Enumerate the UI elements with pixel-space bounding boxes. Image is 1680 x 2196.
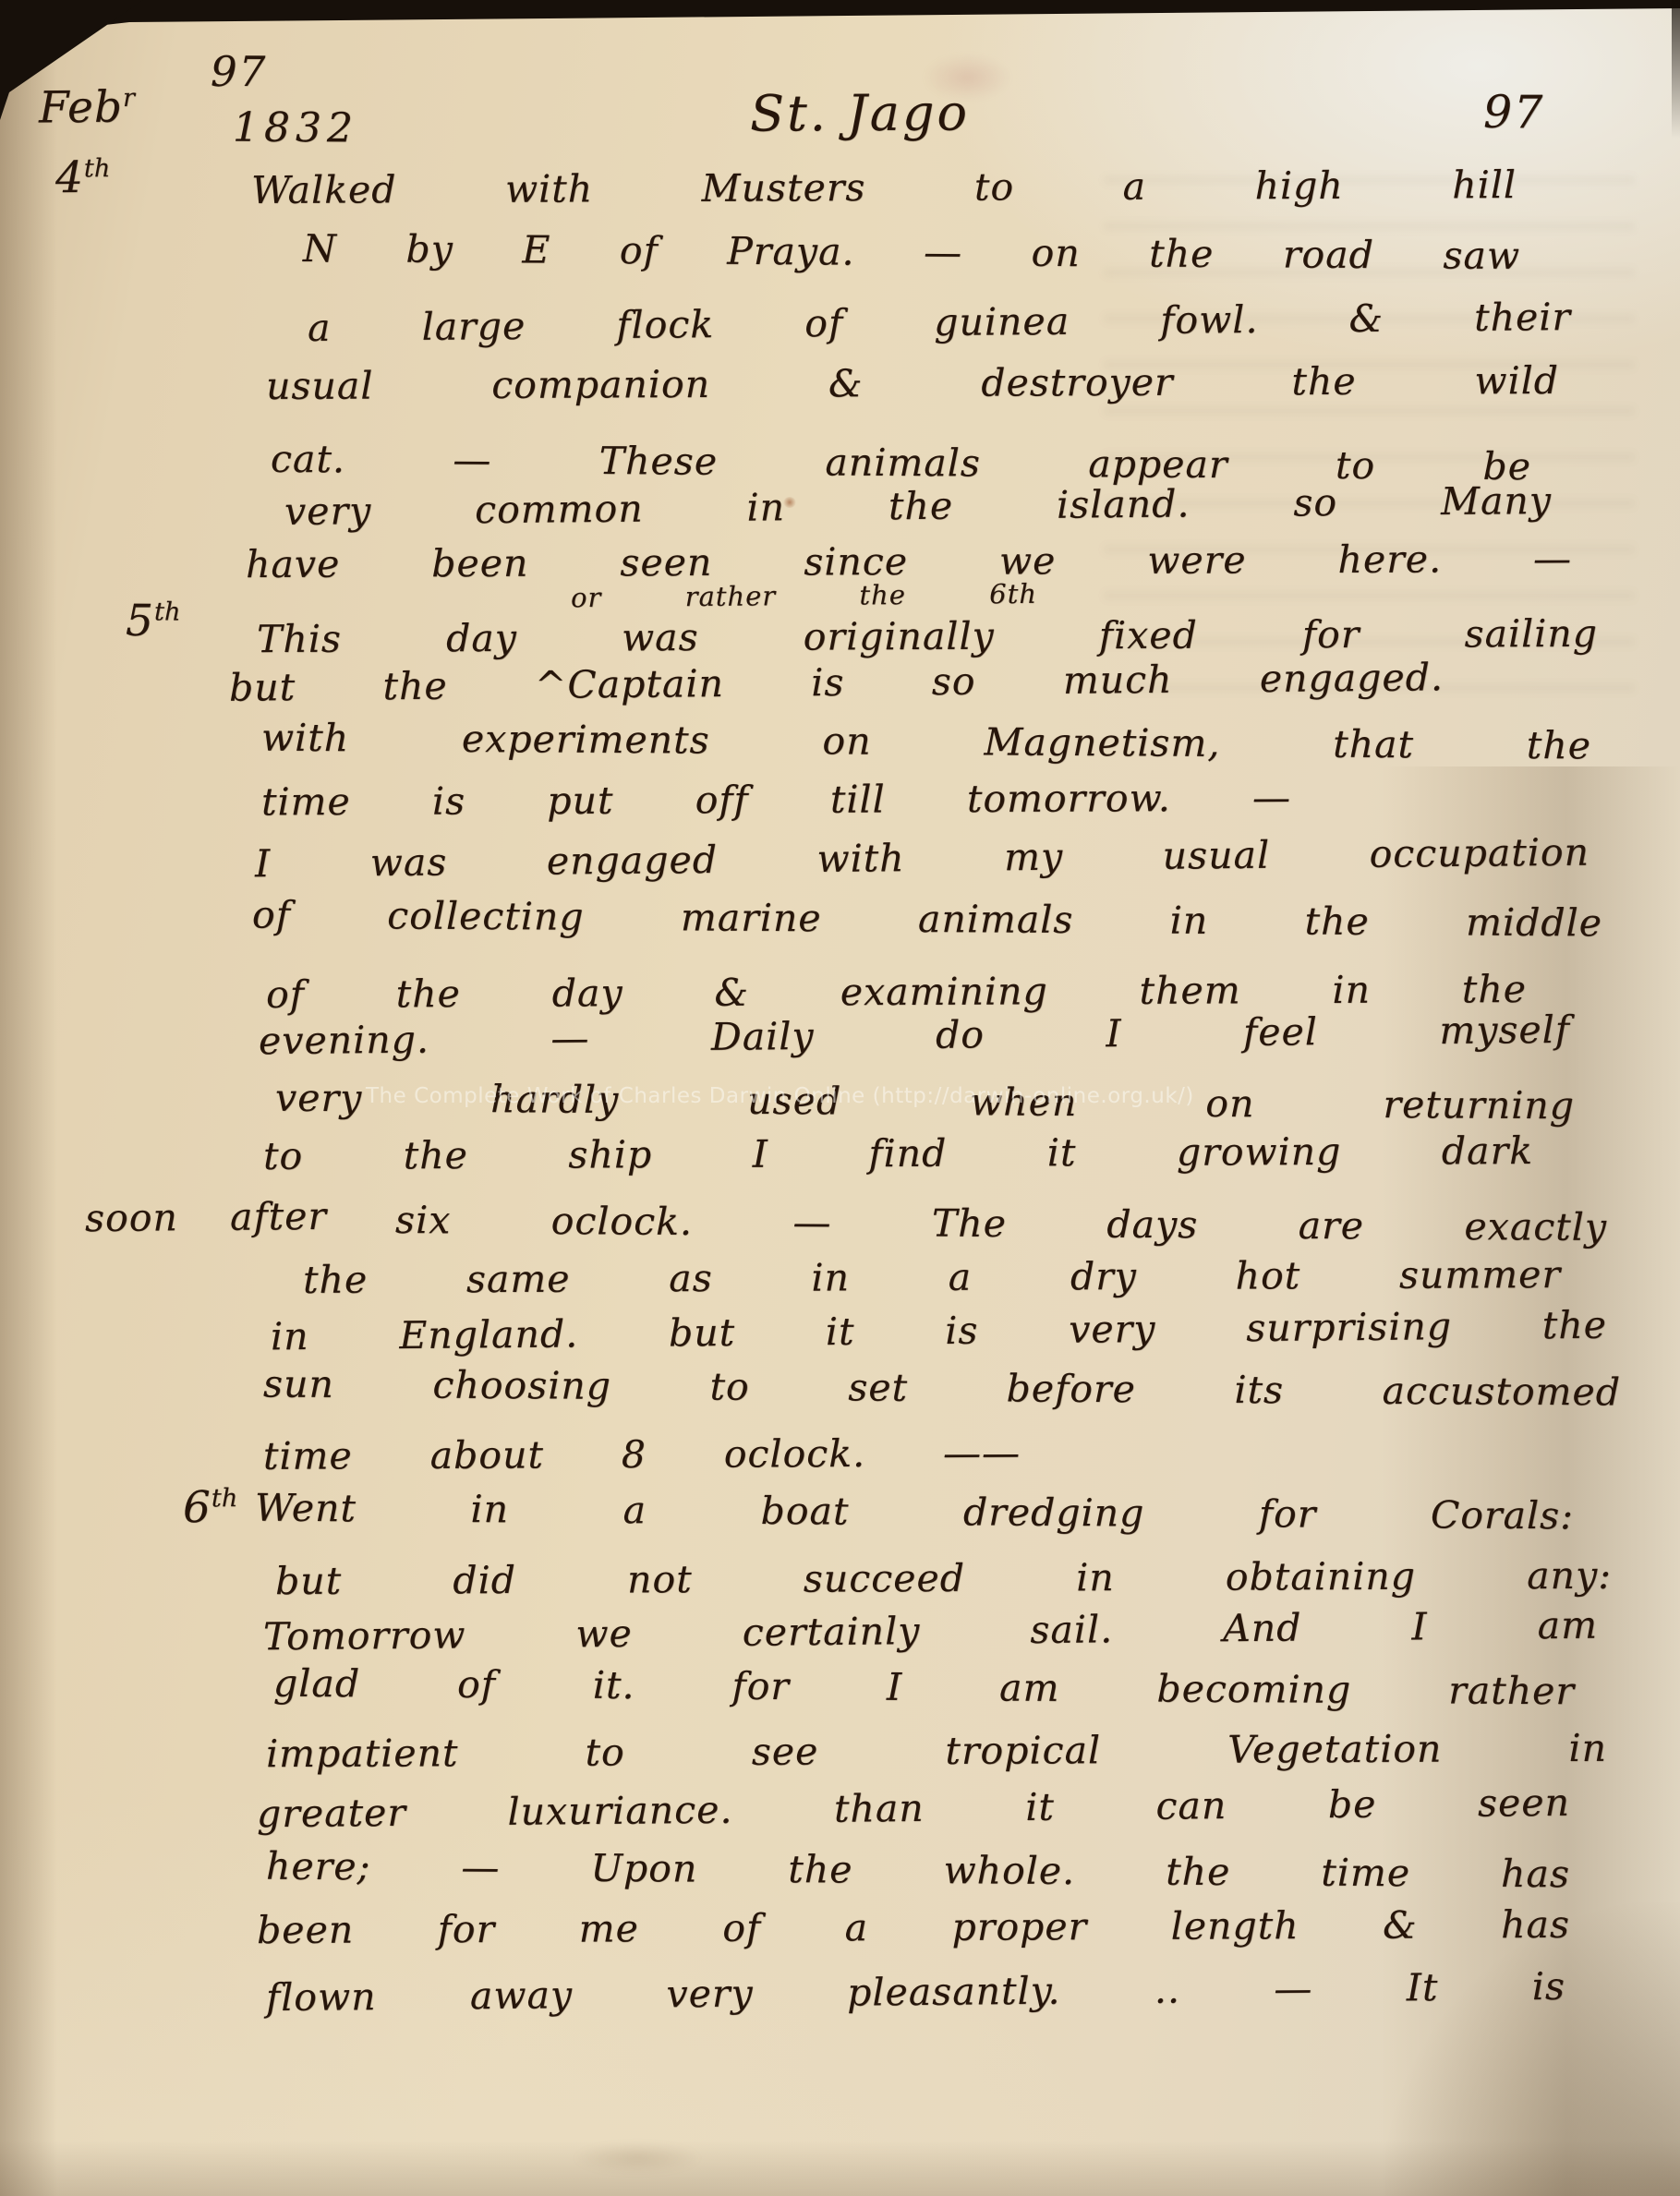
- manuscript-line: greater luxuriance. than it can be seen: [257, 1783, 1570, 1835]
- manuscript-line: Went in a boat dredging for Corals:: [255, 1489, 1574, 1537]
- manuscript-line: time is put off till tomorrow. —: [261, 778, 1291, 823]
- day-suffix: th: [212, 1484, 238, 1513]
- day-number: 6: [183, 1482, 212, 1533]
- year-label: 1832: [233, 107, 358, 151]
- photo-edge-left: [0, 0, 57, 2196]
- manuscript-line: the same as in a dry hot summer: [303, 1255, 1561, 1300]
- manuscript-line: time about 8 oclock. ——: [263, 1433, 1021, 1477]
- day-suffix: th: [84, 154, 111, 183]
- month-superscript: r: [123, 84, 135, 113]
- manuscript-line: been for me of a proper length & has: [257, 1905, 1570, 1951]
- photo-edge-top: [0, 0, 1680, 39]
- manuscript-line: This day was originally fixed for sailin…: [257, 614, 1598, 660]
- manuscript-line: but the ^Captain is so much engaged.: [229, 658, 1444, 708]
- manuscript-line: evening. — Daily do I feel myself: [259, 1010, 1570, 1062]
- manuscript-line: Walked with Musters to a high hill: [251, 165, 1517, 211]
- manuscript-line: usual companion & destroyer the wild: [266, 361, 1559, 407]
- margin-note: soon after: [85, 1197, 327, 1239]
- manuscript-line: here; — Upon the whole. the time has: [266, 1847, 1570, 1895]
- manuscript-line: to the ship I find it growing dark: [263, 1131, 1533, 1176]
- interline-insertion: or rather the 6th: [571, 580, 1037, 612]
- manuscript-line: of collecting marine animals in the midd…: [252, 896, 1602, 944]
- manuscript-line: sun choosing to set before its accustome…: [263, 1365, 1621, 1413]
- folio-number: 97: [211, 50, 268, 94]
- date-label: Febr: [39, 85, 135, 132]
- photo-edge-bottom: [0, 2141, 1680, 2196]
- diary-page: Febr 97 1832 St. Jago 97 4th Walked with…: [0, 0, 1680, 2196]
- website-watermark: The Complete Work of Charles Darwin Onli…: [366, 1084, 1194, 1108]
- day-label-4th: 4th: [55, 155, 111, 201]
- manuscript-line: with experiments on Magnetism, that the: [261, 718, 1591, 766]
- manuscript-line: flown away very pleasantly. .. — It is: [266, 1967, 1565, 2019]
- manuscript-line: N by E of Praya. — on the road saw: [303, 229, 1520, 277]
- photo-edge-top-right: [1672, 0, 1680, 139]
- day-label-6th: 6th: [183, 1485, 238, 1531]
- place-heading: St. Jago: [750, 86, 970, 139]
- day-label-5th: 5th: [126, 598, 181, 645]
- day-number: 5: [126, 596, 154, 646]
- page-number: 97: [1483, 89, 1544, 137]
- day-suffix: th: [154, 597, 181, 626]
- manuscript-line: but did not succeed in obtaining any:: [275, 1556, 1612, 1602]
- month-abbrev: Feb: [39, 82, 123, 134]
- paper-smudge-stain: [573, 2142, 702, 2174]
- manuscript-line: impatient to see tropical Vegetation in: [266, 1729, 1607, 1775]
- manuscript-line: glad of it. for I am becoming rather: [273, 1664, 1575, 1712]
- day-number: 4: [55, 152, 84, 203]
- manuscript-line: six oclock. — The days are exactly: [395, 1201, 1607, 1248]
